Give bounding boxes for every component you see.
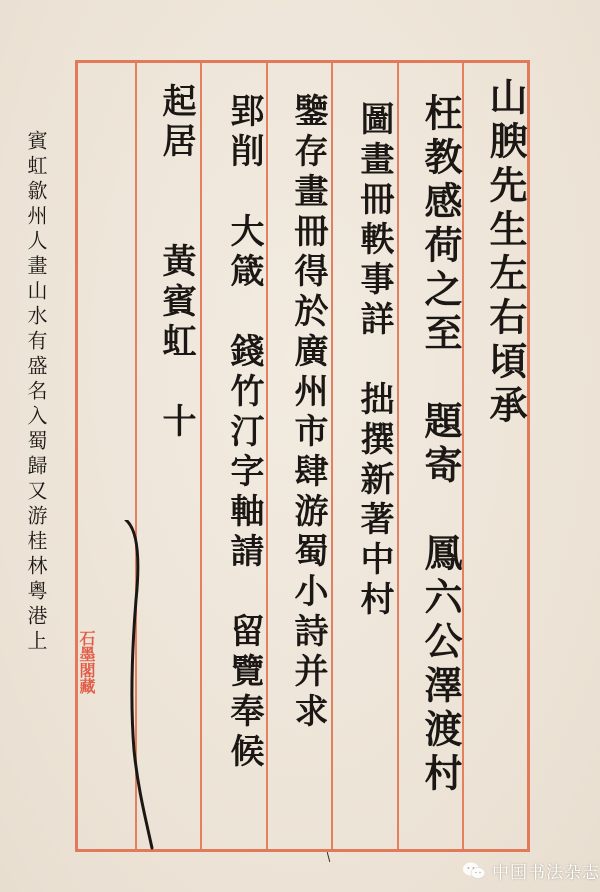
letter-column-5: 郢削 大箴 錢竹汀字軸請 留覽奉候	[220, 93, 269, 773]
red-seal-stamp: 石墨閣藏	[70, 630, 92, 716]
watermark-text: 中国书法杂志	[492, 858, 600, 883]
watermark: 中国书法杂志	[462, 858, 600, 883]
letter-column-2: 枉教感荷之至 題寄 鳳六公澤渡村	[413, 93, 468, 797]
letter-column-3: 圖畫冊軼事詳 拙撰新著中村	[350, 101, 399, 621]
side-note-text: 賓虹歙州人畫山水有盛名入蜀歸又游桂林粵港上	[22, 130, 51, 655]
wechat-icon	[462, 861, 486, 881]
letter-column-6-closing-signature: 起居 黃賓虹 十	[152, 83, 201, 443]
letter-column-4: 鑒存畫冊得於廣州市肆游蜀小詩并求	[284, 93, 333, 733]
signature-flourish	[118, 520, 158, 850]
letter-column-1: 山腴先生左右頃承	[478, 77, 533, 429]
